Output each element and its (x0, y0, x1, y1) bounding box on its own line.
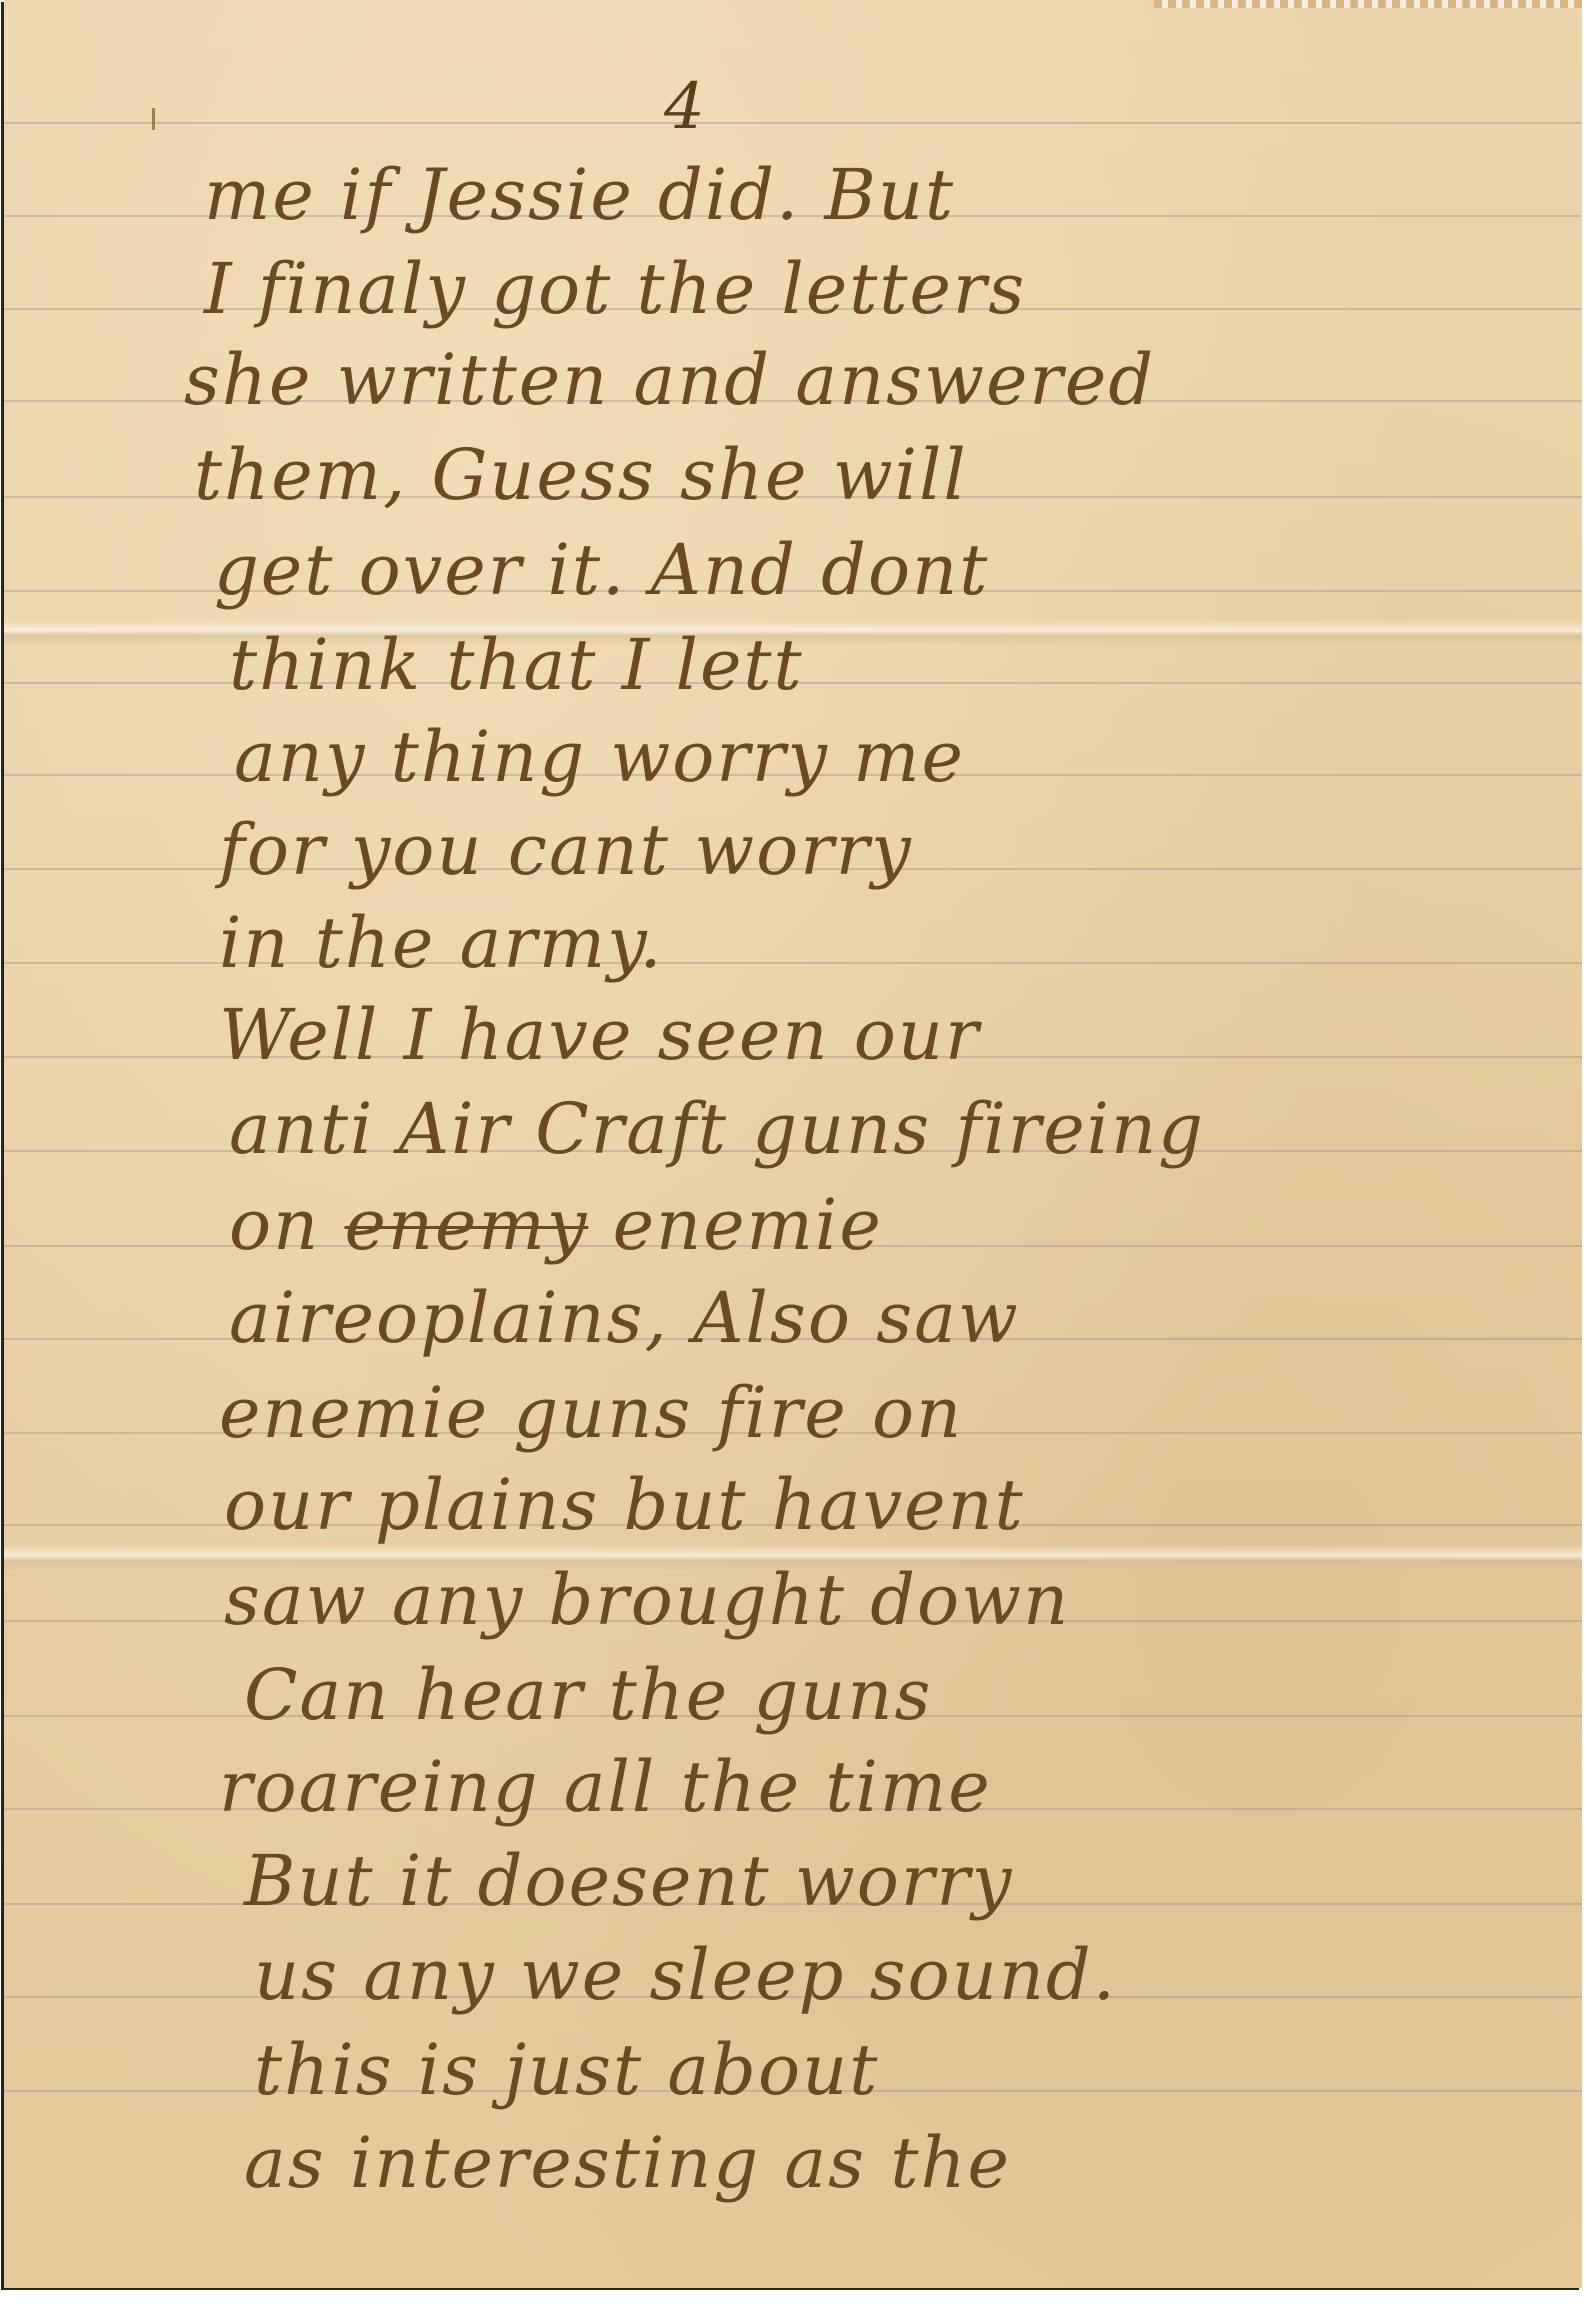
handwritten-line: aireoplains, Also saw (229, 1283, 1020, 1353)
handwritten-line: think that I lett (229, 630, 804, 700)
handwritten-line: us any we sleep sound. (254, 1940, 1117, 2010)
deckled-edge (1154, 0, 1584, 8)
handwritten-line: enemie guns fire on (219, 1378, 963, 1448)
handwritten-line: get over it. And dont (214, 535, 989, 605)
handwritten-line: our plains but havent (224, 1470, 1025, 1540)
handwritten-line: Can hear the guns (244, 1660, 932, 1730)
handwritten-line: me if Jessie did. But (204, 160, 955, 230)
handwritten-line: for you cant worry (219, 815, 913, 885)
handwritten-line: But it doesent worry (244, 1846, 1013, 1916)
handwritten-line: in the army. (219, 908, 664, 978)
handwritten-line: roareing all the time (219, 1752, 992, 1822)
letter-page: 4 me if Jessie did. But I finaly got the… (4, 0, 1582, 2288)
handwritten-line: she written and answered (184, 345, 1155, 415)
margin-mark (152, 108, 155, 130)
handwritten-line: this is just about (254, 2035, 879, 2105)
ruled-line (4, 122, 1582, 124)
page-number: 4 (664, 70, 705, 144)
handwritten-line: any thing worry me (234, 722, 965, 792)
line-word: enemie (613, 1184, 883, 1266)
handwritten-line: anti Air Craft guns fireing (229, 1094, 1205, 1164)
line-word: on (229, 1184, 320, 1266)
handwritten-line: them, Guess she will (194, 440, 968, 510)
struck-word: enemy (345, 1184, 589, 1266)
handwritten-line: Well I have seen our (219, 1000, 980, 1070)
handwritten-line: saw any brought down (224, 1565, 1070, 1635)
handwritten-line: as interesting as the (244, 2128, 1011, 2198)
handwritten-line: I finaly got the letters (204, 254, 1026, 324)
handwritten-line: on enemy enemie (229, 1190, 883, 1260)
